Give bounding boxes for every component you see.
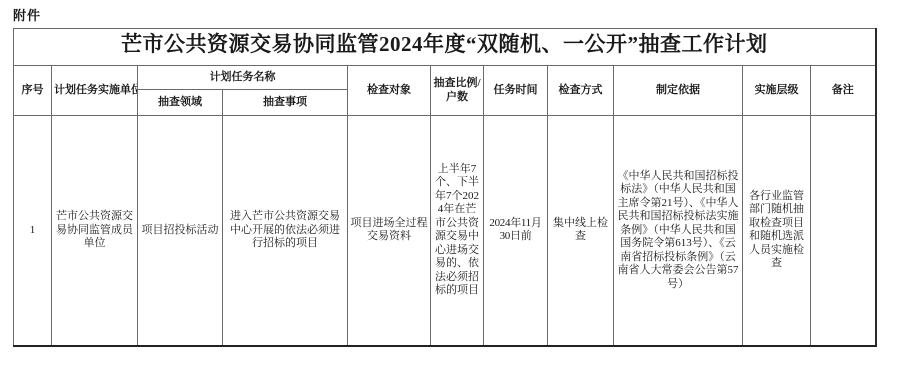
col-header-unit: 计划任务实施单位 (52, 66, 138, 116)
col-header-basis: 制定依据 (614, 66, 743, 116)
row1-remark (811, 116, 876, 346)
col-header-ratio: 抽查比例/户数 (431, 66, 484, 116)
work-plan-table: 芒市公共资源交易协同监管2024年度“双随机、一公开”抽查工作计划 序号 计划任… (13, 28, 877, 347)
row1-field: 项目招投标活动 (138, 116, 223, 346)
row1-unit: 芒市公共资源交易协同监管成员单位 (52, 116, 138, 346)
col-header-target: 检查对象 (348, 66, 431, 116)
col-header-field: 抽查领域 (138, 90, 223, 116)
col-header-method: 检查方式 (548, 66, 614, 116)
row1-seq: 1 (14, 116, 52, 346)
header-row-top: 序号 计划任务实施单位 计划任务名称 检查对象 抽查比例/户数 任务时间 检查方… (14, 66, 876, 90)
col-header-remark: 备注 (811, 66, 876, 116)
col-header-task-group: 计划任务名称 (138, 66, 348, 90)
row1-method: 集中线上检查 (548, 116, 614, 346)
attachment-label: 附件 (13, 5, 41, 24)
table-row: 1 芒市公共资源交易协同监管成员单位 项目招投标活动 进入芒市公共资源交易中心开… (14, 116, 876, 346)
row1-time: 2024年11月30日前 (484, 116, 548, 346)
row1-basis: 《中华人民共和国招标投标法》（中华人民共和国主席令第21号）、《中华人民共和国招… (614, 116, 743, 346)
row1-level: 各行业监管部门随机抽取检查项目和随机选派人员实施检查 (743, 116, 811, 346)
col-header-item: 抽查事项 (223, 90, 348, 116)
document-page: 附件 芒市公共资源交易协同监管2024年度“双随机、一公开”抽查工作计划 序号 … (0, 0, 900, 384)
col-header-time: 任务时间 (484, 66, 548, 116)
table-title-row: 芒市公共资源交易协同监管2024年度“双随机、一公开”抽查工作计划 (14, 29, 876, 66)
col-header-seq: 序号 (14, 66, 52, 116)
table-title: 芒市公共资源交易协同监管2024年度“双随机、一公开”抽查工作计划 (14, 29, 876, 66)
row1-target: 项目进场全过程交易资料 (348, 116, 431, 346)
row1-items: 进入芒市公共资源交易中心开展的依法必须进行招标的项目 (223, 116, 348, 346)
row1-ratio: 上半年7个、下半年7个2024年在芒市公共资源交易中心进场交易的、依法必须招标的… (431, 116, 484, 346)
col-header-level: 实施层级 (743, 66, 811, 116)
